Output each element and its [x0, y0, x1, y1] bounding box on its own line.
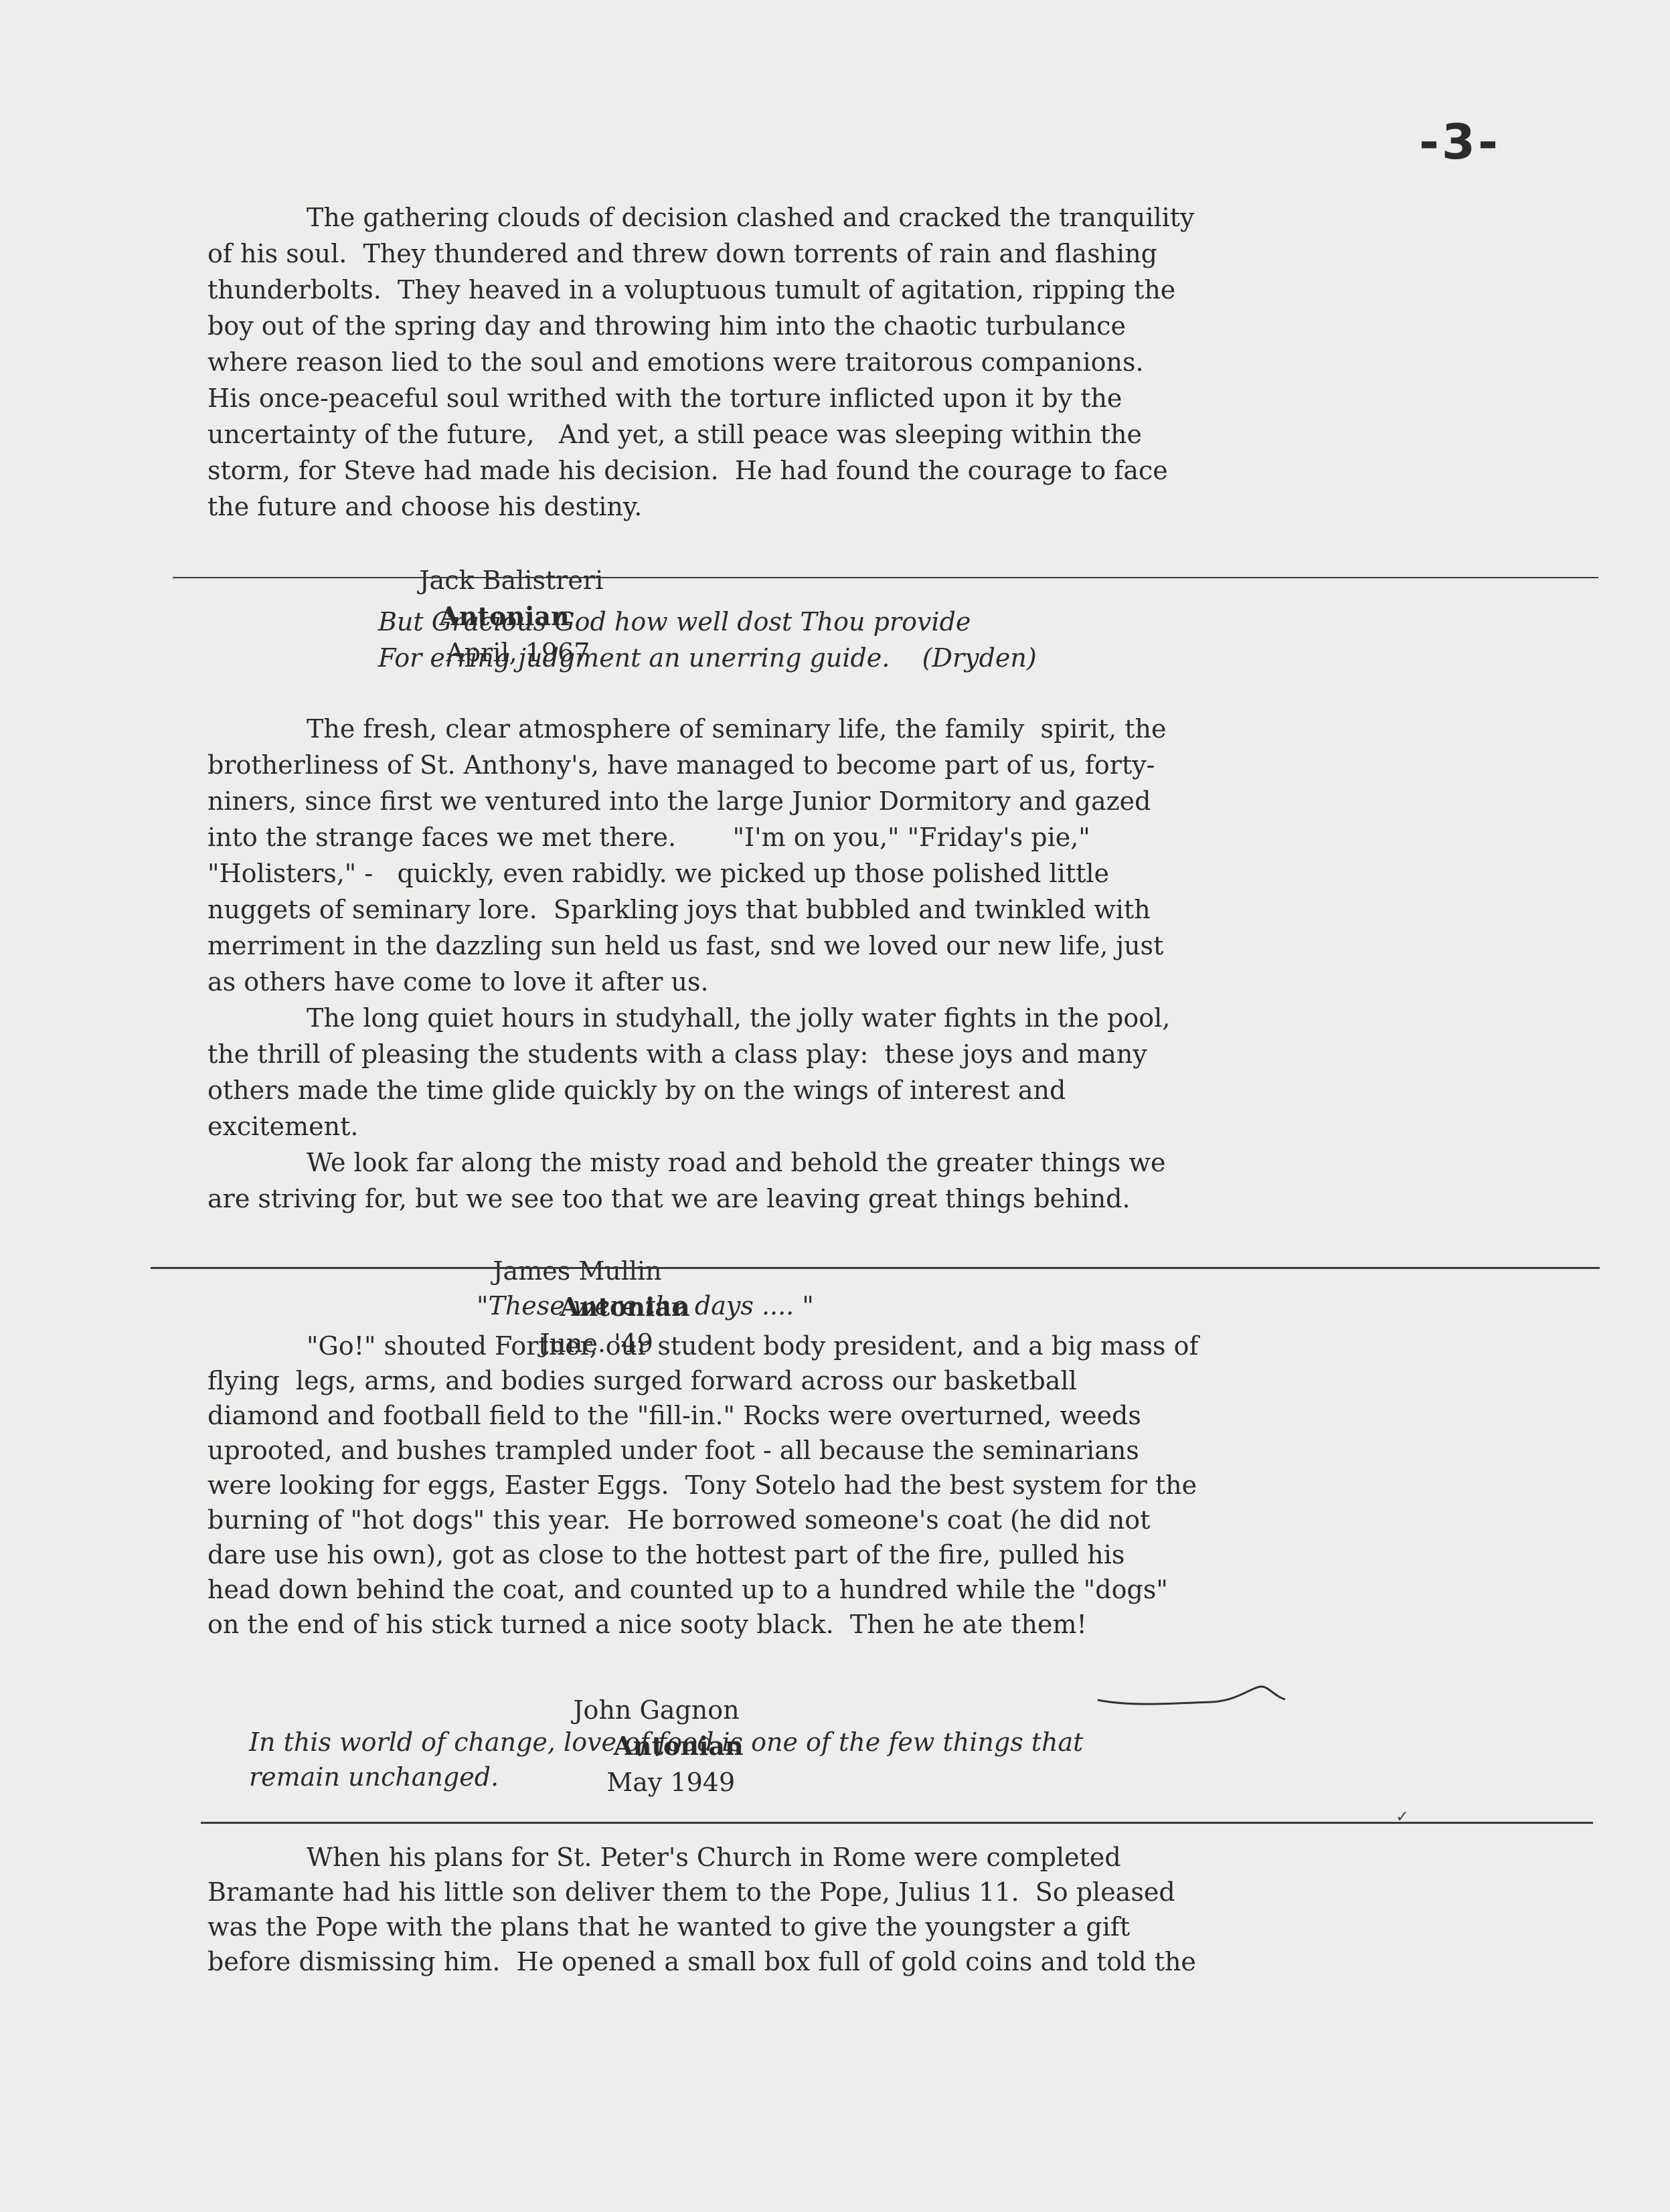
epigraph-line: But Gracious God how well dost Thou prov… — [378, 604, 971, 640]
paragraph-line: uprooted, and bushes trampled under foot… — [207, 1432, 1139, 1468]
paragraph-line: were looking for eggs, Easter Eggs. Tony… — [207, 1467, 1197, 1503]
byline: James Mullin Antonian June. '49 — [461, 1217, 690, 1253]
paragraph-line: His once-peaceful soul writhed with the … — [207, 380, 1122, 416]
paragraph-line: nuggets of seminary lore. Sparkling joys… — [207, 891, 1151, 928]
paragraph-line: We look far along the misty road and beh… — [307, 1144, 1165, 1181]
page-number: -3- — [1419, 114, 1501, 170]
paragraph-line: boy out of the spring day and throwing h… — [207, 308, 1126, 344]
paragraph-line: niners, since first we ventured into the… — [207, 783, 1151, 819]
section-divider — [173, 577, 1598, 578]
byline-author: James Mullin — [493, 1253, 661, 1289]
paragraph-line: thunderbolts. They heaved in a voluptuou… — [207, 272, 1175, 308]
paragraph-line: "Go!" shouted Fortner, our student body … — [307, 1328, 1199, 1364]
comment-line: remain unchanged. — [249, 1759, 499, 1795]
section-title: "These were the days .... " — [477, 1288, 814, 1324]
comment-line: In this world of change, love of food is… — [249, 1724, 1083, 1760]
paragraph-line: was the Pope with the plans that he want… — [207, 1909, 1130, 1945]
paragraph-line: flying legs, arms, and bodies surged for… — [207, 1363, 1077, 1399]
paragraph-line: the thrill of pleasing the students with… — [207, 1036, 1147, 1072]
section-divider — [201, 1822, 1593, 1824]
paragraph-line: The long quiet hours in studyhall, the j… — [307, 1000, 1170, 1036]
pen-mark-icon: ✓ — [1396, 1807, 1409, 1826]
epigraph-line: For erring judgment an unerring guide. (… — [378, 640, 1037, 676]
paragraph-line: the future and choose his destiny. — [207, 489, 642, 525]
paragraph-line: are striving for, but we see too that we… — [207, 1181, 1131, 1217]
byline-author: Jack Balistreri — [419, 562, 603, 598]
paragraph-line: dare use his own), got as close to the h… — [207, 1537, 1124, 1573]
paragraph-line: Bramante had his little son deliver them… — [207, 1874, 1175, 1910]
paragraph-line: merriment in the dazzling sun held us fa… — [207, 928, 1163, 964]
paragraph-line: burning of "hot dogs" this year. He borr… — [207, 1502, 1150, 1538]
paragraph-line: on the end of his stick turned a nice so… — [207, 1606, 1087, 1642]
paragraph-line: as others have come to love it after us. — [207, 964, 709, 1000]
paragraph-line: storm, for Steve had made his decision. … — [207, 452, 1168, 489]
handwritten-underline — [1091, 1683, 1292, 1710]
byline: John Gagnon Antonian May 1949 — [541, 1656, 744, 1692]
paragraph-line: The fresh, clear atmosphere of seminary … — [307, 711, 1166, 747]
paragraph-line: head down behind the coat, and counted u… — [207, 1571, 1168, 1608]
paragraph-line: "Holisters," - quickly, even rabidly. we… — [207, 855, 1109, 891]
paragraph-line: uncertainty of the future, And yet, a st… — [207, 416, 1142, 452]
byline: Jack Balistreri Antonian April, 1967 — [387, 526, 603, 562]
paragraph-line: into the strange faces we met there. "I'… — [207, 819, 1090, 855]
paragraph-line: others made the time glide quickly by on… — [207, 1072, 1066, 1108]
paragraph-line: excitement. — [207, 1108, 358, 1144]
paragraph-line: before dismissing him. He opened a small… — [207, 1944, 1196, 1980]
paragraph-line: where reason lied to the soul and emotio… — [207, 344, 1144, 380]
byline-date: May 1949 — [606, 1764, 735, 1800]
paragraph-line: brotherliness of St. Anthony's, have man… — [207, 747, 1155, 783]
paragraph-line: of his soul. They thundered and threw do… — [207, 236, 1157, 272]
section-divider — [151, 1267, 1600, 1269]
paragraph-line: When his plans for St. Peter's Church in… — [307, 1839, 1121, 1875]
byline-author: John Gagnon — [573, 1692, 739, 1728]
paragraph-line: The gathering clouds of decision clashed… — [307, 199, 1195, 236]
paragraph-line: diamond and football field to the "fill-… — [207, 1397, 1141, 1434]
